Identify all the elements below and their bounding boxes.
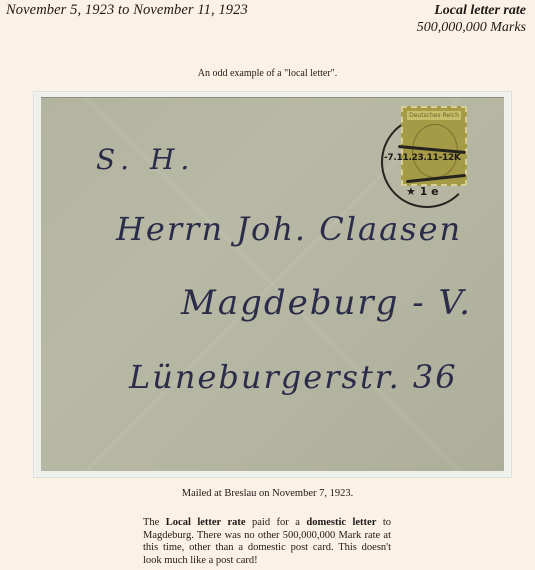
mailed-caption: Mailed at Breslau on November 7, 1923. [0,488,535,499]
address-line-sender-initials: S. H. [96,143,195,176]
top-caption: An odd example of a "local letter". [0,68,535,79]
rate-heading: Local letter rate 500,000,000 Marks [417,2,526,36]
rate-title: Local letter rate [417,2,526,19]
album-mount: Deutsches Reich -7.11.23.11-12K ★ 1 e S.… [33,91,512,478]
desc-text-2: paid for a [246,517,307,528]
postmark-date: -7.11.23.11-12K [384,153,461,163]
description-paragraph: The Local letter rate paid for a domesti… [143,517,391,567]
stamp-country-text: Deutsches Reich [407,111,461,120]
envelope-cover: Deutsches Reich -7.11.23.11-12K ★ 1 e S.… [41,97,504,471]
rate-amount: 500,000,000 Marks [417,19,526,36]
address-line-city: Magdeburg - V. [181,283,472,323]
desc-bold-local-letter-rate: Local letter rate [166,517,246,528]
postmark-code: ★ 1 e [406,185,439,198]
desc-text-1: The [143,517,166,528]
date-range-heading: November 5, 1923 to November 11, 1923 [6,2,248,19]
address-line-street: Lüneburgerstr. 36 [129,358,458,396]
desc-bold-domestic-letter: domestic letter [306,517,376,528]
address-line-recipient: Herrn Joh. Claasen [116,210,462,248]
